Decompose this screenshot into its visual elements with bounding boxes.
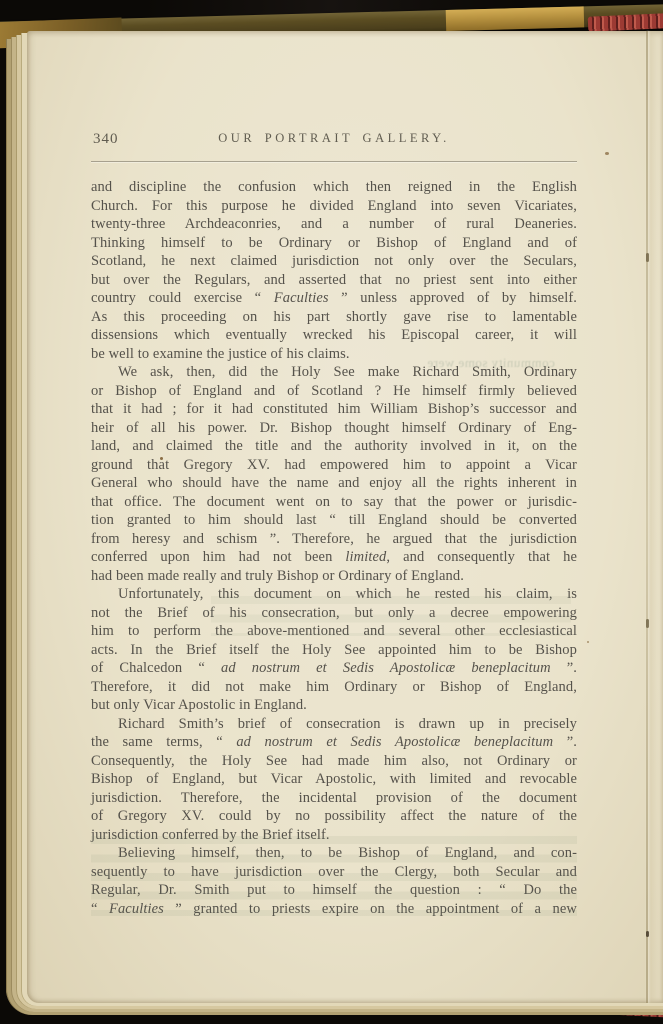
text-line: twenty-three Archdeaconries, and a numbe… [91, 215, 577, 234]
text-line: Richard Smith’s brief of consecration is… [91, 715, 577, 734]
text-line: Unfortunately, this document on which he… [91, 585, 577, 604]
text-line: ground that Gregory XV. had empowered hi… [91, 456, 577, 475]
running-header: 340 OUR PORTRAIT GALLERY. [91, 131, 577, 148]
text-line: “ Faculties ” granted to priests expire … [91, 900, 577, 919]
text-line: but only Vicar Apostolic in England. [91, 696, 577, 715]
header-rule [91, 161, 577, 162]
text-line: or Bishop of England and of Scotland ? H… [91, 382, 577, 401]
text-line: the same terms, “ ad nostrum et Sedis Ap… [91, 733, 577, 752]
text-line: As this proceeding on his part shortly g… [91, 308, 577, 327]
gilt-cover-edge [446, 6, 585, 31]
text-line: jurisdiction. Therefore, the incidental … [91, 789, 577, 808]
foxing-speck [587, 641, 589, 643]
text-line: heir of all his power. Dr. Bishop though… [91, 419, 577, 438]
text-line: of Gregory XV. could by no possibility a… [91, 807, 577, 826]
text-line: conferred upon him had not been limited,… [91, 548, 577, 567]
text-line: land, and claimed the title and the auth… [91, 437, 577, 456]
text-line: acts. In the Brief itself the Holy See a… [91, 641, 577, 660]
text-line: tion granted to him should last “ till E… [91, 511, 577, 530]
text-line: country could exercise “ Faculties ” unl… [91, 289, 577, 308]
text-line: Bishop of England, but Vicar Apostolic, … [91, 770, 577, 789]
text-line: Thinking himself to be Ordinary or Bisho… [91, 234, 577, 253]
book-page: 340 OUR PORTRAIT GALLERY. and discipline… [27, 31, 663, 1003]
text-line: Regular, Dr. Smith put to himself the qu… [91, 881, 577, 900]
text-line: that it had ; for it had constituted him… [91, 400, 577, 419]
text-line: Church. For this purpose he divided Engl… [91, 197, 577, 216]
text-line: We ask, then, did the Holy See make Rich… [91, 363, 577, 382]
text-line: him to perform the above-mentioned and s… [91, 622, 577, 641]
text-line: and discipline the confusion which then … [91, 178, 577, 197]
book-scan: 340 OUR PORTRAIT GALLERY. and discipline… [0, 0, 663, 1024]
text-line: jurisdiction conferred by the Brief itse… [91, 826, 577, 845]
page-number: 340 [93, 131, 119, 148]
text-line: dissensions which eventually wrecked his… [91, 326, 577, 345]
text-line: had been made really and truly Bishop or… [91, 567, 577, 586]
text-line: from heresy and schism ”. Therefore, he … [91, 530, 577, 549]
text-line: sequently to have jurisdiction over the … [91, 863, 577, 882]
text-line: not the Brief of his consecration, but o… [91, 604, 577, 623]
foxing-speck [160, 457, 163, 460]
text-line: but over the Regulars, and asserted that… [91, 271, 577, 290]
running-title: OUR PORTRAIT GALLERY. [91, 131, 577, 146]
page-fold-shade [648, 31, 663, 1003]
stitch-mark [646, 253, 649, 262]
text-line: Consequently, the Holy See had made him … [91, 752, 577, 771]
stitch-mark [646, 619, 649, 628]
text-line: that office. The document went on to say… [91, 493, 577, 512]
foxing-speck [605, 152, 609, 155]
stitch-mark [646, 931, 649, 937]
text-line: General who should have the name and enj… [91, 474, 577, 493]
page-fold-crease [646, 31, 648, 1003]
text-line: be well to examine the justice of his cl… [91, 345, 577, 364]
text-line: Believing himself, then, to be Bishop of… [91, 844, 577, 863]
text-line: Scotland, he next claimed jurisdiction n… [91, 252, 577, 271]
headband [588, 13, 663, 31]
page-body: and discipline the confusion which then … [91, 178, 577, 918]
text-line: of Chalcedon “ ad nostrum et Sedis Apost… [91, 659, 577, 678]
text-line: Therefore, it did not make him Ordinary … [91, 678, 577, 697]
